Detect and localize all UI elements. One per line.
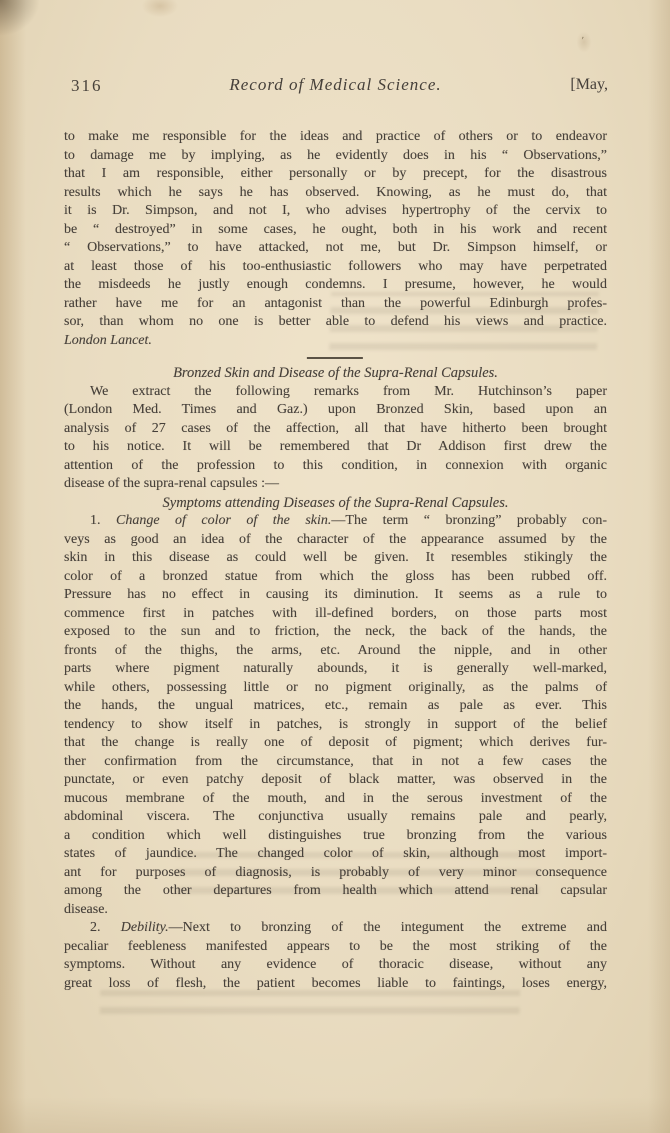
journal-running-title: Record of Medical Science. <box>64 75 607 95</box>
text-run: sor, than whom no one is better able to … <box>64 314 607 329</box>
text-run: that the change is really one of deposit… <box>64 735 607 750</box>
text-run: tendency to show itself in patches, is s… <box>64 717 607 732</box>
text-run: skin in this disease as could well be gi… <box>64 550 607 565</box>
text-run: to make me responsible for the ideas and… <box>64 129 607 144</box>
text-line: a condition which well distinguishes tru… <box>64 827 607 846</box>
text-run: symptoms. Without any evidence of thorac… <box>64 957 607 972</box>
text-run: —Next to bronzing of the integument the … <box>169 920 607 935</box>
text-line: punctate, or even patchy deposit of blac… <box>64 771 607 790</box>
ink-bleedthrough <box>100 990 521 1014</box>
text-line: Symptoms attending Diseases of the Supra… <box>64 494 607 513</box>
section-heading: Bronzed Skin and Disease of the Supra-Re… <box>64 364 607 383</box>
text-line: We extract the following remarks from Mr… <box>64 383 607 402</box>
italic-text: Bronzed Skin and Disease of the Supra-Re… <box>173 365 498 381</box>
text-run: to damage me by implying, as he evidentl… <box>64 148 607 163</box>
issue-label: [May, <box>570 76 608 94</box>
text-line: London Lancet. <box>64 332 607 351</box>
text-line: among the other departures from health w… <box>64 882 607 901</box>
text-line: great loss of flesh, the patient becomes… <box>64 975 607 994</box>
text-line: sor, than whom no one is better able to … <box>64 313 607 332</box>
text-run: states of jaundice. The changed color of… <box>64 846 607 861</box>
text-line: it is Dr. Simpson, and not I, who advise… <box>64 202 607 221</box>
text-line: while others, possessing little or no pi… <box>64 679 607 698</box>
text-run: punctate, or even patchy deposit of blac… <box>64 772 607 787</box>
text-line: ant for purposes of diagnosis, is probab… <box>64 864 607 883</box>
text-line: ther confirmation from the circumstance,… <box>64 753 607 772</box>
text-run: the hands, the ungual matrices, etc., re… <box>64 698 607 713</box>
text-run: 1. <box>90 513 116 528</box>
text-run: attention of the profession to this cond… <box>64 458 607 473</box>
text-line: 1. Change of color of the skin.—The term… <box>64 512 607 531</box>
text-line: fronts of the thighs, the arms, etc. Aro… <box>64 642 607 661</box>
text-run: —The term “ bronzing” probably con- <box>331 513 607 528</box>
text-run: commence first in patches with ill-defin… <box>64 606 607 621</box>
text-run: exposed to the sun and to friction, the … <box>64 624 607 639</box>
text-run: color of a bronzed statue from which the… <box>64 569 607 584</box>
paragraph: 1. Change of color of the skin.—The term… <box>64 512 607 919</box>
text-run: pecaliar feebleness manifested appears t… <box>64 939 607 954</box>
text-line: “ Observations,” to have attacked, not m… <box>64 239 607 258</box>
text-run: results which he says he has observed. K… <box>64 185 607 200</box>
text-line: rather have me for an antagonist than th… <box>64 295 607 314</box>
text-run: at least those of his too-enthusiastic f… <box>64 259 607 274</box>
text-line: disease of the supra-renal capsules :— <box>64 475 607 494</box>
text-run: 2. <box>90 920 121 935</box>
paragraph: 2. Debility.—Next to bronzing of the int… <box>64 919 607 993</box>
text-run: veys as good an idea of the character of… <box>64 532 607 547</box>
text-run: among the other departures from health w… <box>64 883 607 898</box>
text-run: to his notice. It will be remembered tha… <box>64 439 607 454</box>
text-run: that I am responsible, either personally… <box>64 166 607 181</box>
stray-mark-icon: ′ <box>580 35 585 47</box>
paragraph: to make me responsible for the ideas and… <box>64 128 607 350</box>
text-run: abdominal viscera. The conjunctiva usual… <box>64 809 607 824</box>
text-line: skin in this disease as could well be gi… <box>64 549 607 568</box>
text-run: (London Med. Times and Gaz.) upon Bronze… <box>64 402 607 417</box>
text-line: disease. <box>64 901 607 920</box>
italic-text: Symptoms attending Diseases of the Supra… <box>163 495 509 511</box>
section-divider <box>306 357 362 359</box>
text-line: mucous membrane of the mouth, and in the… <box>64 790 607 809</box>
text-run: disease of the supra-renal capsules :— <box>64 476 279 491</box>
text-line: at least those of his too-enthusiastic f… <box>64 258 607 277</box>
text-line: analysis of 27 cases of the affection, a… <box>64 420 607 439</box>
italic-text: London Lancet. <box>64 333 152 348</box>
text-line: to make me responsible for the ideas and… <box>64 128 607 147</box>
text-run: parts where pigment naturally abounds, i… <box>64 661 607 676</box>
text-line: pecaliar feebleness manifested appears t… <box>64 938 607 957</box>
text-run: We extract the following remarks from Mr… <box>90 384 607 399</box>
text-run: it is Dr. Simpson, and not I, who advise… <box>64 203 607 218</box>
text-run: ant for purposes of diagnosis, is probab… <box>64 865 607 880</box>
italic-text: Debility. <box>121 920 169 935</box>
text-run: rather have me for an antagonist than th… <box>64 296 607 311</box>
text-run: ther confirmation from the circumstance,… <box>64 754 607 769</box>
text-line: tendency to show itself in patches, is s… <box>64 716 607 735</box>
text-run: a condition which well distinguishes tru… <box>64 828 607 843</box>
text-line: be “ destroyed” in some cases, he ought,… <box>64 221 607 240</box>
sub-heading: Symptoms attending Diseases of the Supra… <box>64 494 607 513</box>
text-line: attention of the profession to this cond… <box>64 457 607 476</box>
text-run: mucous membrane of the mouth, and in the… <box>64 791 607 806</box>
text-run: the misdeeds he justly enough condemns. … <box>64 277 607 292</box>
text-line: that I am responsible, either personally… <box>64 165 607 184</box>
text-run: great loss of flesh, the patient becomes… <box>64 976 607 991</box>
text-line: (London Med. Times and Gaz.) upon Bronze… <box>64 401 607 420</box>
text-line: to his notice. It will be remembered tha… <box>64 438 607 457</box>
scanned-journal-page: 316 Record of Medical Science. [May, ′ t… <box>0 0 670 1133</box>
text-run: Pressure has no effect in causing its di… <box>64 587 607 602</box>
text-line: veys as good an idea of the character of… <box>64 531 607 550</box>
divider-block <box>64 350 607 364</box>
text-line: parts where pigment naturally abounds, i… <box>64 660 607 679</box>
text-line: Pressure has no effect in causing its di… <box>64 586 607 605</box>
text-run: while others, possessing little or no pi… <box>64 680 607 695</box>
text-line: the hands, the ungual matrices, etc., re… <box>64 697 607 716</box>
text-line: 2. Debility.—Next to bronzing of the int… <box>64 919 607 938</box>
text-run: be “ destroyed” in some cases, he ought,… <box>64 222 607 237</box>
italic-text: Change of color of the skin. <box>116 513 331 528</box>
text-line: abdominal viscera. The conjunctiva usual… <box>64 808 607 827</box>
text-column: to make me responsible for the ideas and… <box>64 128 607 993</box>
text-run: disease. <box>64 902 108 917</box>
text-line: that the change is really one of deposit… <box>64 734 607 753</box>
text-line: to damage me by implying, as he evidentl… <box>64 147 607 166</box>
text-line: symptoms. Without any evidence of thorac… <box>64 956 607 975</box>
text-line: results which he says he has observed. K… <box>64 184 607 203</box>
text-line: the misdeeds he justly enough condemns. … <box>64 276 607 295</box>
text-line: states of jaundice. The changed color of… <box>64 845 607 864</box>
paragraph: We extract the following remarks from Mr… <box>64 383 607 494</box>
text-line: color of a bronzed statue from which the… <box>64 568 607 587</box>
text-line: exposed to the sun and to friction, the … <box>64 623 607 642</box>
text-run: “ Observations,” to have attacked, not m… <box>64 240 607 255</box>
text-line: Bronzed Skin and Disease of the Supra-Re… <box>64 364 607 383</box>
text-line: commence first in patches with ill-defin… <box>64 605 607 624</box>
text-run: fronts of the thighs, the arms, etc. Aro… <box>64 643 607 658</box>
text-run: analysis of 27 cases of the affection, a… <box>64 421 607 436</box>
